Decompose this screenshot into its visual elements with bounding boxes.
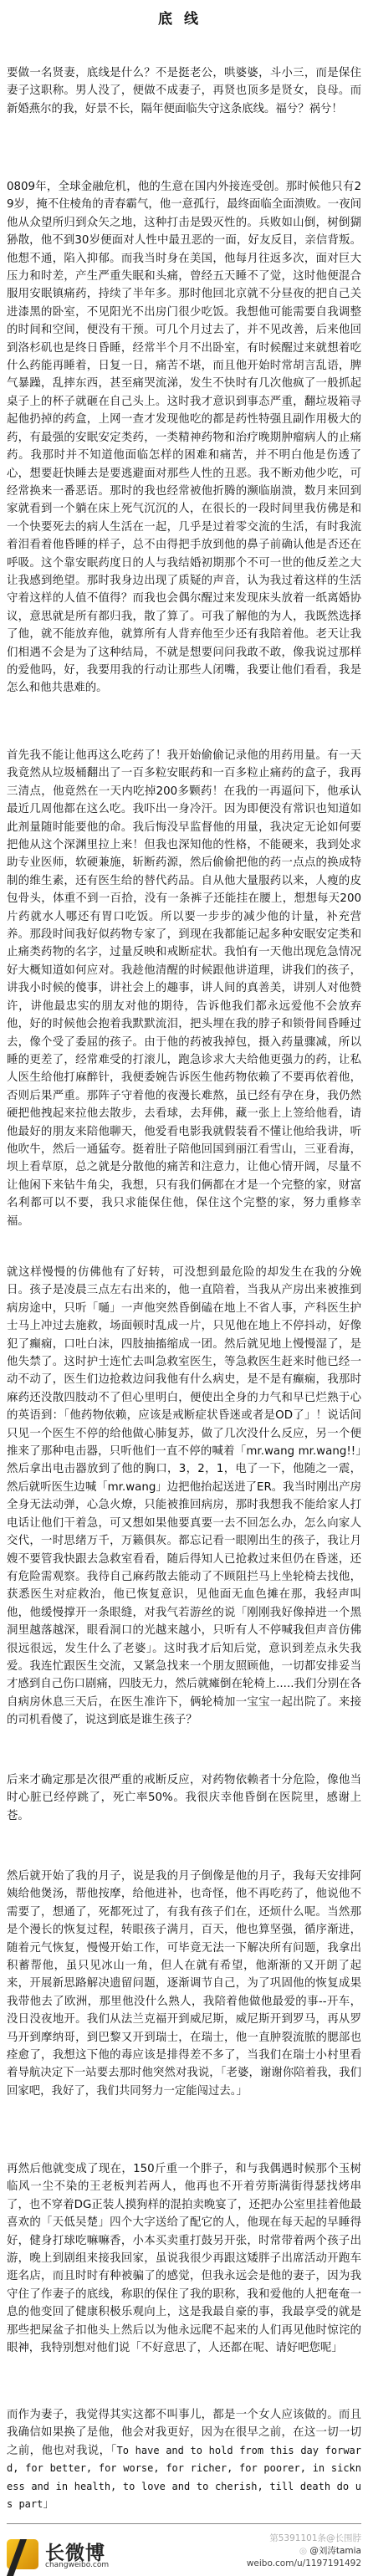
giraffe-logo-icon	[7, 2539, 38, 2569]
vows-close-bracket: 」	[43, 2498, 54, 2511]
profile-link[interactable]: weibo.com/u/1197191492	[247, 2558, 361, 2570]
footer-divider	[7, 2523, 361, 2524]
paragraph-hospital: 就这样慢慢的仿佛他有了好转，可没想到最危险的却发生在我的分娩日。孩子是凌晨三点左…	[7, 1264, 361, 1730]
paragraph-recovery-effort: 首先我不能让他再这么吃药了！我开始偷偷记录他的用药用量。有一天我竟然从垃圾桶翻出…	[7, 747, 361, 1230]
paragraph-present: 再然后他就变成了现在，150斤重一个胖子，和与我偶遇时候那个玉树临风一尘不染的王…	[7, 2160, 361, 2357]
post-number: 第5391101条@长围脖	[247, 2533, 361, 2545]
paragraph-crisis: 0809年，全球金融危机，他的生意在国内外接连受创。那时候他只有29岁，掩不住棱…	[7, 178, 361, 698]
changweibo-logo[interactable]: 长微博 changweibo.com	[7, 2533, 132, 2573]
footer-credit: 第5391101条@长围脖 ◎ @刘涛tamia weibo.com/u/119…	[247, 2533, 361, 2570]
article-title: 底线	[0, 7, 368, 28]
paragraph-diagnosis: 后来才确定那是次很严重的戒断反应，对药物依赖者十分危险，像他当时心脏已经停跳了，…	[7, 1771, 361, 1825]
paragraph-vows: 而作为妻子，我觉得其实这都不叫事儿，都是一个女人应该做的。而且我确信如果换了是他…	[7, 2406, 361, 2513]
author-handle[interactable]: ◎ @刘涛tamia	[247, 2545, 361, 2558]
logo-text-en: changweibo.com	[45, 2561, 109, 2569]
paragraph-postpartum: 然后就开始了我的月子，说是我的月子倒像是他的月子，我每天安排阿姨给他煲汤，帮他按…	[7, 1868, 361, 2100]
paragraph-intro: 要做一名贤妻，底线是什么？不是挺老公，哄婆婆，斗小三，而是保住妻子这职称。男人没…	[7, 64, 361, 118]
weibo-icon: ◎	[299, 2546, 310, 2556]
